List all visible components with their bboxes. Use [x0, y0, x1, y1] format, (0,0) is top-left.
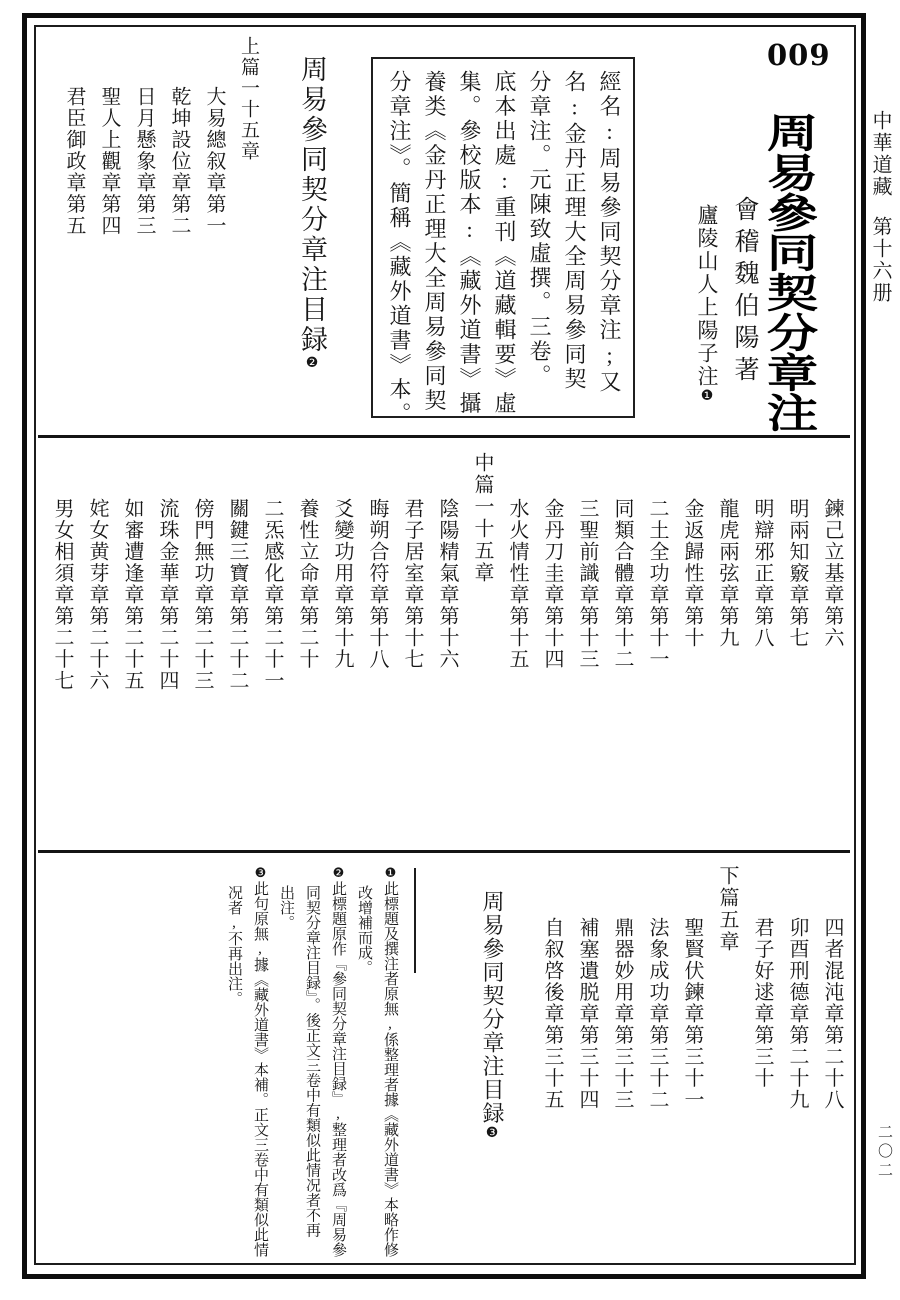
upper-section-list: 上篇一十五章 大易總叙章第一 乾坤設位章第二 日月懸象章第三 聖人上觀章第四 君…: [56, 36, 266, 396]
scanned-book-page: 中華道藏 第十六册 二〇二 009 周易參同契分章注 會稽魏伯陽著 廬陵山人上陽…: [0, 0, 900, 1300]
chapter-entry: 聖賢伏鍊章第三十一: [674, 865, 709, 1263]
toc-footnote-ref-bottom: ❸: [484, 1125, 500, 1141]
serial-number: 009: [767, 38, 831, 72]
chapter-entry: 二炁感化章第二十一: [254, 452, 289, 848]
chapter-entry: 四者混沌章第二十八: [814, 865, 849, 1263]
chapter-entry: 龍虎兩弦章第九: [709, 452, 744, 848]
chapter-entry: 卯酉刑德章第二十九: [779, 865, 814, 1263]
chapter-entry: 陰陽精氣章第十六: [429, 452, 464, 848]
footnote-1-line-2: 改增補而成。: [351, 866, 377, 1264]
chapter-entry: 自叙啓後章第三十五: [534, 865, 569, 1263]
chapter-entry: 如審遭逢章第二十五: [114, 452, 149, 848]
footnote-1-line-1: ❶此標題及撰注者原無,係整理者據《藏外道書》本略作修: [377, 866, 403, 1264]
lower-section-heading: 下篇五章: [709, 865, 744, 1263]
chapter-entry: 二土全功章第十一: [639, 452, 674, 848]
page-title: 周易參同契分章注: [759, 112, 818, 432]
chapter-entry: 鼎器妙用章第三十三: [604, 865, 639, 1263]
chapter-entry: 法象成功章第三十二: [639, 865, 674, 1263]
chapter-entry: 聖人上觀章第四: [91, 36, 126, 396]
chapter-entry: 鍊己立基章第六: [814, 452, 849, 848]
volume-number-label: 第十六册: [866, 216, 895, 304]
section-divider-2: [38, 850, 850, 853]
chapter-entry: 三聖前識章第十三: [569, 452, 604, 848]
chapter-entry: 傍門無功章第二十三: [184, 452, 219, 848]
lower-band-list: 四者混沌章第二十八 卯酉刑德章第二十九 君子好逑章第三十 下篇五章 聖賢伏鍊章第…: [534, 865, 849, 1263]
footnote-1-marker: ❶: [383, 866, 398, 881]
footnote-3-line-1: ❸此句原無,據《藏外道書》本補。正文三卷中有類似此情: [247, 866, 273, 1264]
annotator-text: 廬陵山人上陽子注: [695, 204, 719, 388]
chapter-entry: 君子居室章第十七: [394, 452, 429, 848]
chapter-entry: 乾坤設位章第二: [161, 36, 196, 396]
chapter-entry: 姹女黄芽章第二十六: [79, 452, 114, 848]
chapter-entry: 養性立命章第二十: [289, 452, 324, 848]
middle-band-list: 鍊己立基章第六 明兩知竅章第七 明辯邪正章第八 龍虎兩弦章第九 金返歸性章第十 …: [44, 452, 849, 848]
colophon-line: 分章注》。簡稱《藏外道書》本。: [382, 70, 417, 408]
chapter-entry: 明辯邪正章第八: [744, 452, 779, 848]
annotator-footnote-ref: ❶: [699, 388, 715, 404]
colophon-line: 名:金丹正理大全周易參同契: [557, 70, 592, 408]
colophon-text: 經名:周易參同契分章注;又 名:金丹正理大全周易參同契 分章注。元陳致虛撰。三卷…: [382, 70, 627, 408]
toc-heading-top-text: 周易參同契分章注目録: [297, 55, 327, 355]
chapter-entry: 流珠金華章第二十四: [149, 452, 184, 848]
footnote-2-line-3: 出注。: [273, 866, 299, 1264]
middle-section-heading: 中篇一十五章: [464, 452, 499, 848]
toc-heading-bottom-text: 周易參同契分章注目録: [480, 890, 505, 1125]
colophon-line: 集。參校版本:《藏外道書》攝: [452, 70, 487, 408]
toc-heading-top: 周易參同契分章注目録❷: [293, 55, 332, 371]
chapter-entry: 男女相須章第二十七: [44, 452, 79, 848]
chapter-entry: 金丹刀圭章第十四: [534, 452, 569, 848]
toc-footnote-ref-top: ❷: [304, 355, 320, 371]
toc-heading-bottom: 周易參同契分章注目録❸: [477, 890, 508, 1141]
chapter-entry: 補塞遺脱章第三十四: [569, 865, 604, 1263]
footnotes-block: ❶此標題及撰注者原無,係整理者據《藏外道書》本略作修 改增補而成。 ❷此標題原作…: [221, 866, 403, 1264]
footnote-2-text: 此標題原作『參同契分章注目録』,整理者改爲『周易參: [330, 881, 346, 1257]
colophon-line: 底本出處:重刊《道藏輯要》虛: [487, 70, 522, 408]
chapter-entry: 關鍵三寶章第二十二: [219, 452, 254, 848]
footnote-2-marker: ❷: [331, 866, 346, 881]
colophon-line: 經名:周易參同契分章注;又: [592, 70, 627, 408]
author-attribution: 會稽魏伯陽著: [726, 196, 762, 388]
footnote-3-line-2: 况者,不再出注。: [221, 866, 247, 1264]
chapter-entry: 同類合體章第十二: [604, 452, 639, 848]
chapter-entry: 明兩知竅章第七: [779, 452, 814, 848]
footnote-3-marker: ❸: [253, 866, 268, 881]
footnote-1-text: 此標題及撰注者原無,係整理者據《藏外道書》本略作修: [382, 881, 398, 1257]
footnote-3-text: 此句原無,據《藏外道書》本補。正文三卷中有類似此情: [252, 881, 268, 1257]
section-divider-1: [38, 435, 850, 438]
annotator-attribution: 廬陵山人上陽子注❶: [692, 204, 722, 404]
colophon-box: 經名:周易參同契分章注;又 名:金丹正理大全周易參同契 分章注。元陳致虛撰。三卷…: [371, 57, 635, 418]
chapter-entry: 水火情性章第十五: [499, 452, 534, 848]
footnote-separator-rule: [414, 868, 416, 973]
chapter-entry: 君臣御政章第五: [56, 36, 91, 396]
chapter-entry: 大易總叙章第一: [196, 36, 231, 396]
upper-section-heading: 上篇一十五章: [231, 36, 266, 396]
page-number: 二〇二: [874, 1124, 895, 1181]
colophon-line: 養类《金丹正理大全周易參同契: [417, 70, 452, 408]
chapter-entry: 晦朔合符章第十八: [359, 452, 394, 848]
footnote-2-line-2: 同契分章注目録』。後正文三卷中有類似此情况者不再: [299, 866, 325, 1264]
collection-label: 中華道藏: [866, 110, 895, 198]
chapter-entry: 爻變功用章第十九: [324, 452, 359, 848]
colophon-line: 分章注。元陳致虛撰。三卷。: [522, 70, 557, 408]
chapter-entry: 君子好逑章第三十: [744, 865, 779, 1263]
chapter-entry: 日月懸象章第三: [126, 36, 161, 396]
chapter-entry: 金返歸性章第十: [674, 452, 709, 848]
footnote-2-line-1: ❷此標題原作『參同契分章注目録』,整理者改爲『周易參: [325, 866, 351, 1264]
